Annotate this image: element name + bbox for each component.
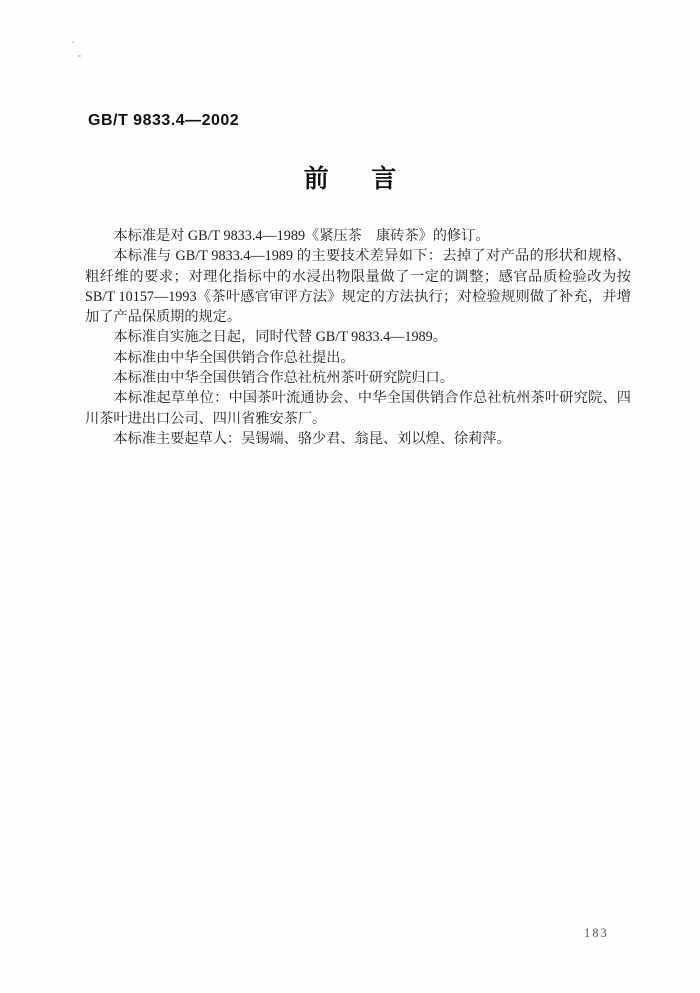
document-page: GB/T 9833.4—2002 前言 本标准是对 GB/T 9833.4—19…: [0, 0, 700, 993]
standard-number: GB/T 9833.4—2002: [88, 112, 239, 130]
paragraph-revision-note: 本标准是对 GB/T 9833.4—1989《紧压茶 康砖茶》的修订。: [85, 226, 631, 246]
paragraph-under-jurisdiction: 本标准由中华全国供销合作总社杭州茶叶研究院归口。: [85, 368, 631, 388]
scan-speck: [72, 41, 74, 43]
scan-speck: [78, 55, 81, 57]
paragraph-main-drafters: 本标准主要起草人：吴锡端、骆少君、翁昆、刘以煌、徐莉萍。: [85, 429, 631, 449]
foreword-body: 本标准是对 GB/T 9833.4—1989《紧压茶 康砖茶》的修订。 本标准与…: [85, 226, 631, 449]
paragraph-drafting-organizations: 本标准起草单位：中国茶叶流通协会、中华全国供销合作总社杭州茶叶研究院、四川茶叶进…: [85, 388, 631, 429]
page-title: 前言: [0, 159, 700, 195]
paragraph-proposed-by: 本标准由中华全国供销合作总社提出。: [85, 348, 631, 368]
paragraph-technical-differences: 本标准与 GB/T 9833.4—1989 的主要技术差异如下：去掉了对产品的形…: [85, 246, 631, 327]
page-number: 183: [584, 926, 609, 941]
paragraph-replacement-note: 本标准自实施之日起，同时代替 GB/T 9833.4—1989。: [85, 327, 631, 347]
